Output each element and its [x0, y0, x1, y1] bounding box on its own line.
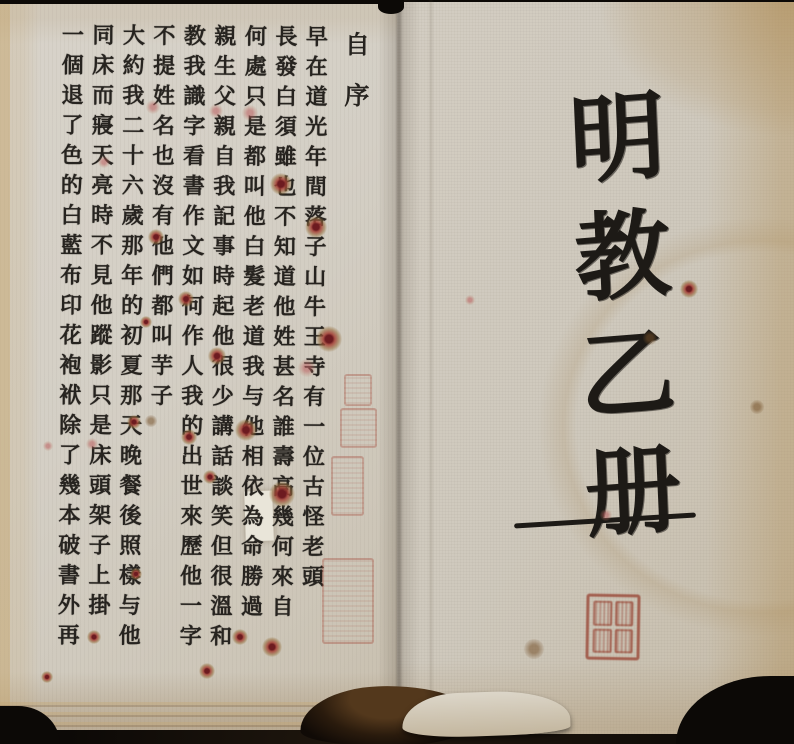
- manuscript-photo: 自序 早在道光年間落子山牛王寺有一位古怪老頭 長發白須雖也不知道他姓甚名誰壽高幾…: [0, 0, 794, 744]
- cover-calligraphy: 明教乙册: [522, 82, 709, 614]
- seal-glyph-block: [615, 601, 634, 626]
- seal-transfer: [322, 558, 374, 644]
- seal-glyph-block: [593, 601, 612, 626]
- preface-column: 長發白須雖也不知道他姓甚名誰壽高幾何來自: [265, 21, 300, 733]
- red-seal-stamp: [585, 594, 640, 661]
- seal-transfer: [344, 374, 372, 406]
- seal-glyph-block: [593, 628, 612, 653]
- preface-column: 教我識字看書作文如何作人我的出世來歷他一字: [173, 20, 208, 732]
- preface-column: 不提姓名也沒有他們都叫芋子: [143, 20, 178, 732]
- paper-crease: [428, 0, 434, 735]
- preface-column: 親生父親自我記事時起他很少講話談笑但很溫和: [204, 20, 239, 732]
- preface-column: 一個退了色的白藍布印花袍袱除了幾本破書外再: [51, 19, 86, 731]
- preface-column: 何處只是都叫他白髮老道我与他相依為命勝過: [234, 20, 269, 732]
- seal-glyph-block: [614, 629, 633, 654]
- seal-transfer: [331, 456, 364, 516]
- preface-column: 大約我二十六歲那年的初夏那天晚餐後照樣与他: [112, 19, 147, 731]
- seal-transfer: [340, 408, 377, 448]
- top-edge-tear: [378, 0, 404, 14]
- gutter-fold: [378, 0, 420, 740]
- preface-column: 同床而寢天亮時不見他蹤影只是床頭架子上掛: [82, 19, 117, 731]
- preface-text-block: 自序 早在道光年間落子山牛王寺有一位古怪老頭 長發白須雖也不知道他姓甚名誰壽高幾…: [4, 19, 375, 734]
